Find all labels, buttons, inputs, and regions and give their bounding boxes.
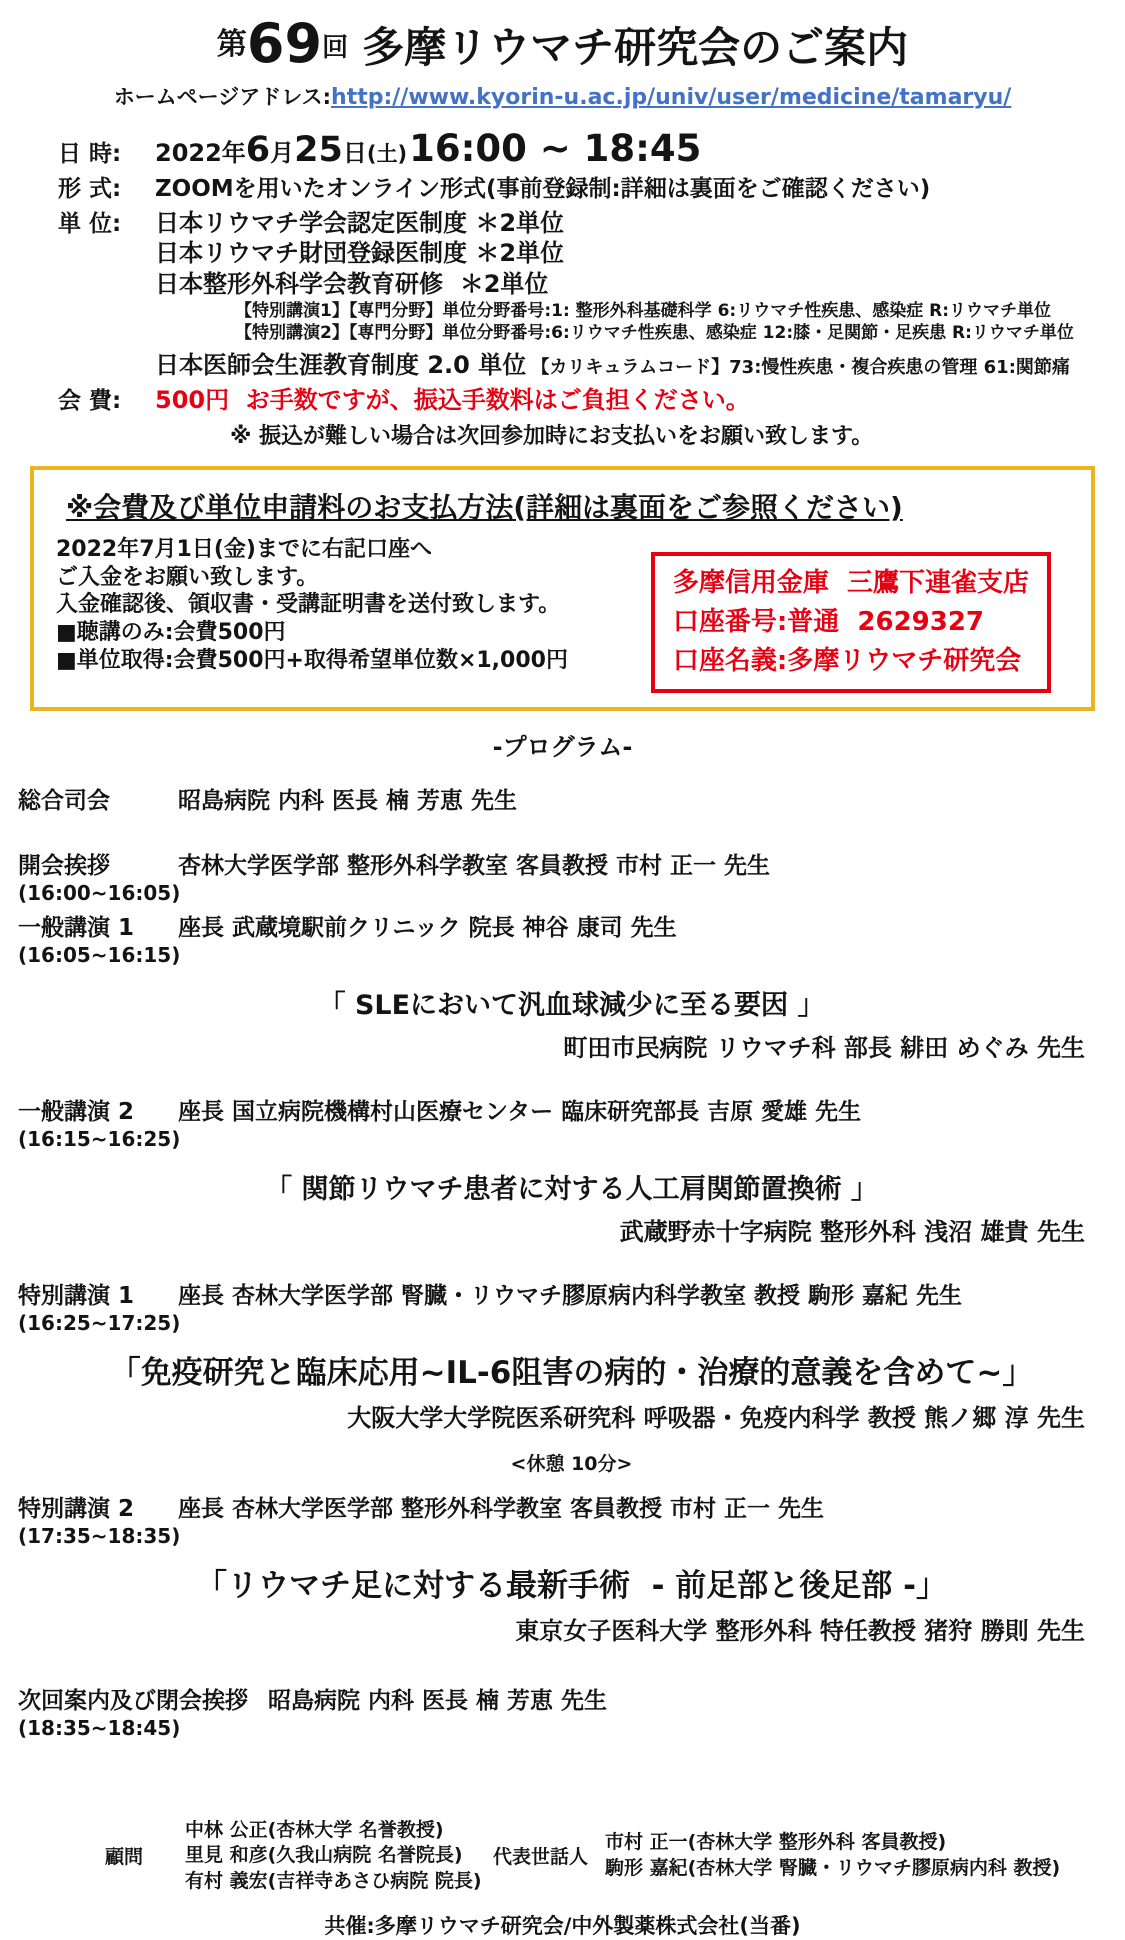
moderator-name: 昭島病院 内科 医長 楠 芳恵 先生 xyxy=(178,782,517,815)
officers-section: 顧問 中林 公正(杏林大学 名誉教授) 里見 和彦(久我山病院 名誉院長) 有村… xyxy=(0,1818,1125,1894)
date-value: 2022年6月25日(土)16:00 ~ 18:45 xyxy=(155,127,701,170)
program-heading: -プログラム- xyxy=(0,727,1125,762)
program-row-special2: 特別講演 2 座長 杏林大学医学部 整形外科学教室 客員教授 市村 正一 先生 … xyxy=(18,1490,1125,1646)
date-month-number: 6 xyxy=(246,130,270,170)
date-year: 2022年 xyxy=(155,139,246,167)
special1-title: 「免疫研究と臨床応用~IL-6阻害の病的・治療的意義を含めて~」 xyxy=(18,1347,1125,1392)
payment-box-title: ※会費及び単位申請料のお支払方法(詳細は裏面をご参照ください) xyxy=(66,486,1073,526)
advisors-list: 中林 公正(杏林大学 名誉教授) 里見 和彦(久我山病院 名誉院長) 有村 義宏… xyxy=(185,1818,493,1894)
lecture1-speaker: 町田市民病院 リウマチ科 部長 緋田 めぐみ 先生 xyxy=(18,1028,1125,1063)
payment-instruction-line: ■単位取得:会費500円+取得希望単位数×1,000円 xyxy=(56,647,568,675)
program-section: 総合司会 昭島病院 内科 医長 楠 芳恵 先生 開会挨拶 杏林大学医学部 整形外… xyxy=(0,782,1125,1740)
opening-time: (16:00~16:05) xyxy=(18,881,1125,905)
credit-note-special2: 【特別講演2】【専門分野】単位分野番号:6:リウマチ性疾患、感染症 12:膝・足… xyxy=(235,322,1074,344)
closing-label: 次回案内及び閉会挨拶 xyxy=(18,1682,248,1715)
special1-time: (16:25~17:25) xyxy=(18,1311,1125,1335)
fee-row: 会 費: 500円 お手数ですが、振込手数料はご負担ください。 xyxy=(58,380,1125,415)
lecture1-label: 一般講演 1 xyxy=(18,909,178,942)
lecture1-time: (16:05~16:15) xyxy=(18,943,1125,967)
jma-credit-main: 日本医師会生涯教育制度 2.0 単位 xyxy=(155,351,526,379)
payment-method-box: ※会費及び単位申請料のお支払方法(詳細は裏面をご参照ください) 2022年7月1… xyxy=(30,466,1095,711)
format-value: ZOOMを用いたオンライン形式(事前登録制:詳細は裏面をご確認ください) xyxy=(155,175,930,205)
advisor-item: 里見 和彦(久我山病院 名誉院長) xyxy=(185,1843,493,1868)
bank-account-holder: 口座名義:多摩リウマチ研究会 xyxy=(673,642,1029,681)
cohost-line: 共催:多摩リウマチ研究会/中外製薬株式会社(当番) xyxy=(0,1910,1125,1940)
special1-label: 特別講演 1 xyxy=(18,1277,178,1310)
advisor-item: 有村 義宏(吉祥寺あさひ病院 院長) xyxy=(185,1869,493,1894)
representative-item: 駒形 嘉紀(杏林大学 腎臓・リウマチ膠原病内科 教授) xyxy=(605,1856,1060,1881)
moderator-label: 総合司会 xyxy=(18,782,178,815)
payment-box-body: 2022年7月1日(金)までに右記口座へ ご入金をお願い致します。 入金確認後、… xyxy=(56,536,1073,693)
format-label: 形 式: xyxy=(58,170,155,203)
homepage-link[interactable]: http://www.kyorin-u.ac.jp/univ/user/medi… xyxy=(331,85,1011,110)
program-row-closing: 次回案内及び閉会挨拶 昭島病院 内科 医長 楠 芳恵 先生 (18:35~18:… xyxy=(18,1682,1125,1740)
lecture1-chair-line: 一般講演 1 座長 武蔵境駅前クリニック 院長 神谷 康司 先生 xyxy=(18,909,1125,942)
homepage-label: ホームページアドレス: xyxy=(114,85,331,109)
jma-credit-note: 【カリキュラムコード】73:慢性疾患・複合疾患の管理 61:関節痛 xyxy=(531,357,1070,378)
moderator-line: 総合司会 昭島病院 内科 医長 楠 芳恵 先生 xyxy=(18,782,1125,815)
special2-time: (17:35~18:35) xyxy=(18,1524,1125,1548)
special1-speaker: 大阪大学大学院医系研究科 呼吸器・免疫内科学 教授 熊ノ郷 淳 先生 xyxy=(18,1398,1125,1433)
program-row-lecture2: 一般講演 2 座長 国立病院機構村山医療センター 臨床研究部長 吉原 愛雄 先生… xyxy=(18,1093,1125,1247)
payment-instruction-line: 2022年7月1日(金)までに右記口座へ xyxy=(56,536,568,564)
bank-name-branch: 多摩信用金庫 三鷹下連雀支店 xyxy=(673,564,1029,603)
payment-instructions: 2022年7月1日(金)までに右記口座へ ご入金をお願い致します。 入金確認後、… xyxy=(56,536,568,676)
title-ordinal-number: 69 xyxy=(247,12,322,75)
special1-chair-line: 特別講演 1 座長 杏林大学医学部 腎臓・リウマチ膠原病内科学教室 教授 駒形 … xyxy=(18,1277,1125,1310)
announcement-page: 第69回多摩リウマチ研究会のご案内 ホームページアドレス:http://www.… xyxy=(0,0,1125,1940)
credit-line: 日本リウマチ財団登録医制度 ＊2単位 xyxy=(155,238,1074,269)
program-row-moderator: 総合司会 昭島病院 内科 医長 楠 芳恵 先生 xyxy=(18,782,1125,815)
opening-speaker: 杏林大学医学部 整形外科学教室 客員教授 市村 正一 先生 xyxy=(178,847,770,880)
credit-line: 日本リウマチ学会認定医制度 ＊2単位 xyxy=(155,208,1074,239)
intermission-note: <休憩 10分> xyxy=(18,1449,1125,1476)
program-row-lecture1: 一般講演 1 座長 武蔵境駅前クリニック 院長 神谷 康司 先生 (16:05~… xyxy=(18,909,1125,1063)
lecture1-chair: 座長 武蔵境駅前クリニック 院長 神谷 康司 先生 xyxy=(178,909,677,942)
advisor-item: 中林 公正(杏林大学 名誉教授) xyxy=(185,1818,493,1843)
date-day-number: 25 xyxy=(294,130,343,170)
lecture1-title: 「 SLEにおいて汎血球減少に至る要因 」 xyxy=(18,983,1125,1022)
fee-label: 会 費: xyxy=(58,382,155,415)
page-title: 第69回多摩リウマチ研究会のご案内 xyxy=(0,16,1125,73)
opening-line: 開会挨拶 杏林大学医学部 整形外科学教室 客員教授 市村 正一 先生 xyxy=(18,847,1125,880)
lecture2-chair: 座長 国立病院機構村山医療センター 臨床研究部長 吉原 愛雄 先生 xyxy=(178,1093,861,1126)
credits-label: 単 位: xyxy=(58,205,155,238)
lecture2-label: 一般講演 2 xyxy=(18,1093,178,1126)
special2-chair: 座長 杏林大学医学部 整形外科学教室 客員教授 市村 正一 先生 xyxy=(178,1490,824,1523)
program-row-opening: 開会挨拶 杏林大学医学部 整形外科学教室 客員教授 市村 正一 先生 (16:0… xyxy=(18,847,1125,905)
credits-row: 単 位: 日本リウマチ学会認定医制度 ＊2単位 日本リウマチ財団登録医制度 ＊2… xyxy=(58,205,1125,380)
title-ordinal-counter: 回 xyxy=(322,33,348,63)
lecture2-time: (16:15~16:25) xyxy=(18,1127,1125,1151)
special2-title: 「リウマチ足に対する最新手術 - 前足部と後足部 -」 xyxy=(18,1560,1125,1605)
credit-line-jma: 日本医師会生涯教育制度 2.0 単位 【カリキュラムコード】73:慢性疾患・複合… xyxy=(155,345,1074,380)
lecture2-speaker: 武蔵野赤十字病院 整形外科 浅沼 雄貴 先生 xyxy=(18,1212,1125,1247)
representatives-label: 代表世話人 xyxy=(493,1842,605,1869)
title-main-text: 多摩リウマチ研究会のご案内 xyxy=(362,23,908,72)
credit-note-special1: 【特別講演1】【専門分野】単位分野番号:1: 整形外科基礎科学 6:リウマチ性疾… xyxy=(235,300,1074,322)
payment-instruction-line: ご入金をお願い致します。 xyxy=(56,564,568,592)
closing-time: (18:35~18:45) xyxy=(18,1716,1125,1740)
advisors-label: 顧問 xyxy=(105,1842,185,1869)
event-details: 日 時: 2022年6月25日(土)16:00 ~ 18:45 形 式: ZOO… xyxy=(0,127,1125,450)
date-day-unit: 日 xyxy=(343,139,367,167)
date-month-unit: 月 xyxy=(270,139,294,167)
homepage-line: ホームページアドレス:http://www.kyorin-u.ac.jp/uni… xyxy=(0,81,1125,111)
special1-chair: 座長 杏林大学医学部 腎臓・リウマチ膠原病内科学教室 教授 駒形 嘉紀 先生 xyxy=(178,1277,962,1310)
credits-list: 日本リウマチ学会認定医制度 ＊2単位 日本リウマチ財団登録医制度 ＊2単位 日本… xyxy=(155,208,1074,380)
bank-account-box: 多摩信用金庫 三鷹下連雀支店 口座番号:普通 2629327 口座名義:多摩リウ… xyxy=(651,552,1051,693)
title-ordinal-prefix: 第 xyxy=(217,27,247,62)
representatives-list: 市村 正一(杏林大学 整形外科 客員教授) 駒形 嘉紀(杏林大学 腎臓・リウマチ… xyxy=(605,1830,1060,1881)
representative-item: 市村 正一(杏林大学 整形外科 客員教授) xyxy=(605,1830,1060,1855)
opening-label: 開会挨拶 xyxy=(18,847,178,880)
closing-line: 次回案内及び閉会挨拶 昭島病院 内科 医長 楠 芳恵 先生 xyxy=(18,1682,1125,1715)
lecture2-title: 「 関節リウマチ患者に対する人工肩関節置換術 」 xyxy=(18,1167,1125,1206)
payment-instruction-line: 入金確認後、領収書・受講証明書を送付致します。 xyxy=(56,591,568,619)
header: 第69回多摩リウマチ研究会のご案内 ホームページアドレス:http://www.… xyxy=(0,16,1125,111)
format-row: 形 式: ZOOMを用いたオンライン形式(事前登録制:詳細は裏面をご確認ください… xyxy=(58,170,1125,205)
date-row: 日 時: 2022年6月25日(土)16:00 ~ 18:45 xyxy=(58,127,1125,170)
date-label: 日 時: xyxy=(58,135,155,168)
date-weekday: (土) xyxy=(367,142,407,166)
payment-instruction-line: ■聴講のみ:会費500円 xyxy=(56,619,568,647)
closing-speaker: 昭島病院 内科 医長 楠 芳恵 先生 xyxy=(268,1682,607,1715)
bank-account-number: 口座番号:普通 2629327 xyxy=(673,603,1029,642)
special2-chair-line: 特別講演 2 座長 杏林大学医学部 整形外科学教室 客員教授 市村 正一 先生 xyxy=(18,1490,1125,1523)
fee-note: ※ 振込が難しい場合は次回参加時にお支払いをお願い致します。 xyxy=(58,419,1125,450)
special2-speaker: 東京女子医科大学 整形外科 特任教授 猪狩 勝則 先生 xyxy=(18,1611,1125,1646)
program-row-special1: 特別講演 1 座長 杏林大学医学部 腎臓・リウマチ膠原病内科学教室 教授 駒形 … xyxy=(18,1277,1125,1433)
fee-value: 500円 お手数ですが、振込手数料はご負担ください。 xyxy=(155,380,750,415)
special2-label: 特別講演 2 xyxy=(18,1490,178,1523)
credit-line: 日本整形外科学会教育研修 ＊2単位 xyxy=(155,269,1074,300)
event-time-range: 16:00 ~ 18:45 xyxy=(409,127,701,170)
lecture2-chair-line: 一般講演 2 座長 国立病院機構村山医療センター 臨床研究部長 吉原 愛雄 先生 xyxy=(18,1093,1125,1126)
